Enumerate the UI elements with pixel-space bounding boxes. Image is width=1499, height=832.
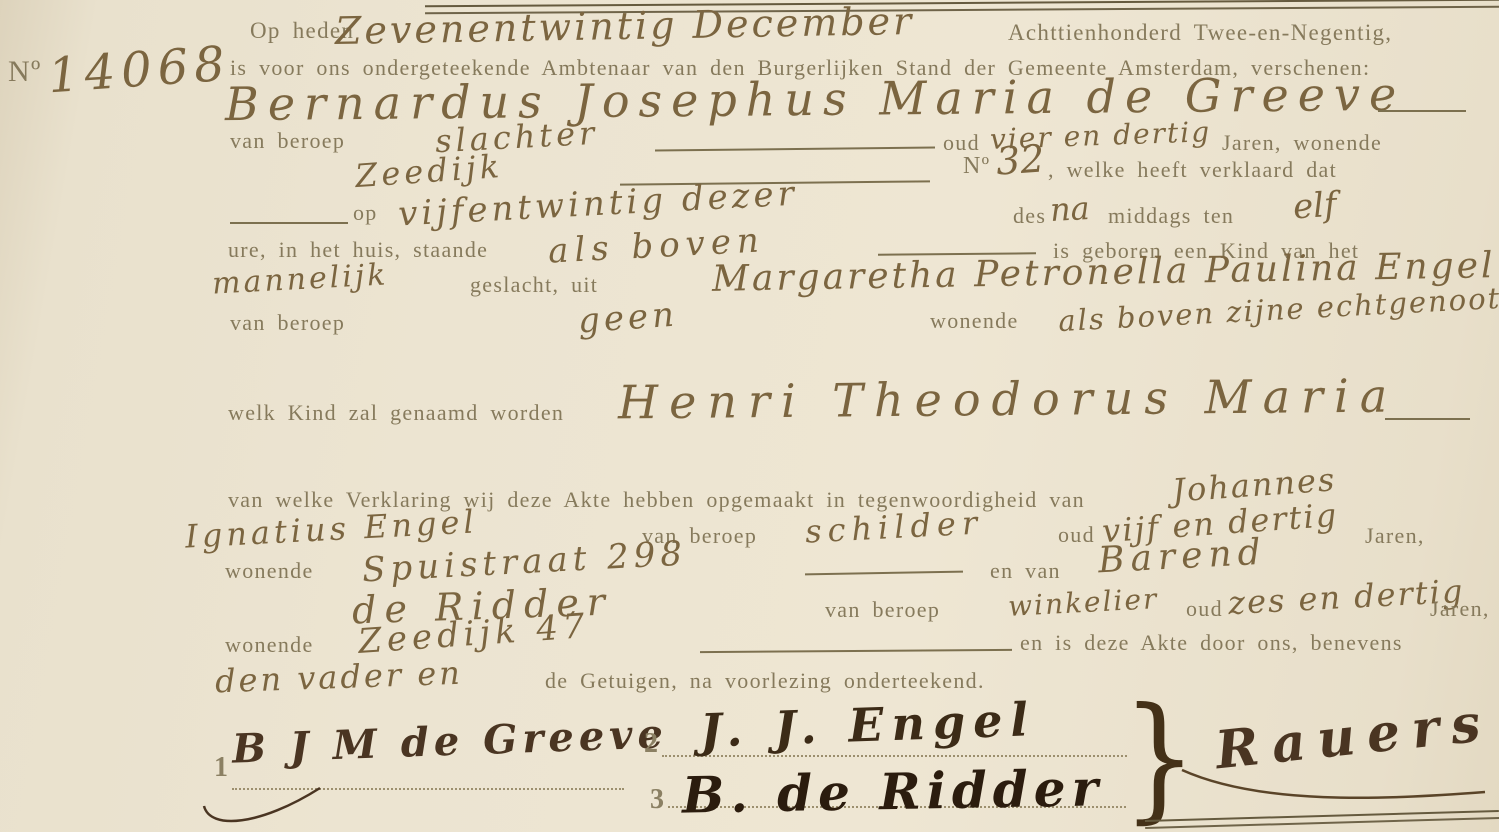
signature1-flourish (200, 786, 380, 832)
birth-certificate-scan: Nº 14068 Op heden Zevenentwintig Decembe… (0, 0, 1499, 832)
registration-no-label: Nº (8, 55, 42, 89)
na-handwritten: na (1049, 189, 1091, 229)
name-filler-dash (1378, 110, 1466, 112)
signature-declarant: B J M de Greeve (231, 710, 668, 772)
house-no-label: Nº (963, 153, 990, 180)
witness2-occupation: winkelier (1007, 582, 1159, 623)
closing1-label: en is deze Akte door ons, benevens (1020, 630, 1403, 656)
mother-occupation: geen (577, 295, 679, 342)
birth-hour-handwritten: elf (1292, 185, 1338, 228)
child-name-filler-dash (1385, 418, 1470, 420)
welke-verklaard-label: , welke heeft verklaard dat (1048, 157, 1337, 183)
occupation-filler-dash (655, 147, 935, 152)
child-name: Henri Theodorus Maria (618, 369, 1399, 430)
oud-label-w2: oud (1186, 596, 1223, 622)
jaren-label-w2: Jaren, (1430, 596, 1490, 622)
wonende-label-mother: wonende (930, 308, 1019, 334)
signature-witness2: B. de Ridder (682, 758, 1105, 824)
van-beroep-label-w2: van beroep (825, 597, 940, 623)
geslacht-uit-label: geslacht, uit (470, 272, 598, 298)
signature-number-3: 3 (650, 784, 664, 816)
pre-op-filler-dash (230, 222, 348, 224)
wonende-label-w1: wonende (225, 558, 314, 584)
wonende-label-w2: wonende (225, 632, 314, 658)
house-no-value: 32 (995, 136, 1046, 183)
van-beroep-label-2: van beroep (230, 310, 345, 336)
witness2-firstname: Barend (1097, 532, 1268, 582)
declarant-name: Bernardus Josephus Maria de Greeve (225, 67, 1406, 131)
witness1-occupation: schilder (804, 503, 984, 550)
des-label: des (1013, 203, 1046, 229)
act-date-handwritten: Zevenentwintig December (335, 0, 915, 53)
den-vader-handwritten: den vader en (214, 654, 463, 701)
van-beroep-label-1: van beroep (230, 128, 345, 154)
child-name-label: welk Kind zal genaamd worden (228, 400, 564, 426)
bottom-double-rule (1145, 810, 1499, 829)
jaren-wonende-label: Jaren, wonende (1222, 130, 1382, 156)
signature-number-1: 1 (214, 752, 228, 784)
w2-address-filler-dash (700, 649, 1012, 653)
signature-number-2: 2 (644, 728, 658, 760)
registration-no-value: 14068 (46, 36, 232, 105)
oud-label-w1: oud (1058, 522, 1095, 548)
jaren-label-w1: Jaren, (1365, 523, 1425, 549)
middags-ten-label: middags ten (1108, 203, 1234, 229)
declarant-address: Zeedijk (354, 147, 504, 195)
registrar-flourish (1180, 750, 1490, 810)
w1-address-filler-dash (805, 571, 963, 576)
en-van-label: en van (990, 558, 1061, 584)
child-gender-handwritten: mannelijk (211, 257, 389, 301)
closing2-label: de Getuigen, na voorlezing onderteekend. (545, 668, 985, 694)
op-label: op (353, 200, 378, 226)
signature-witness1: J. J. Engel (699, 692, 1037, 758)
year-printed: Achttienhonderd Twee-en-Negentig, (1008, 20, 1392, 46)
